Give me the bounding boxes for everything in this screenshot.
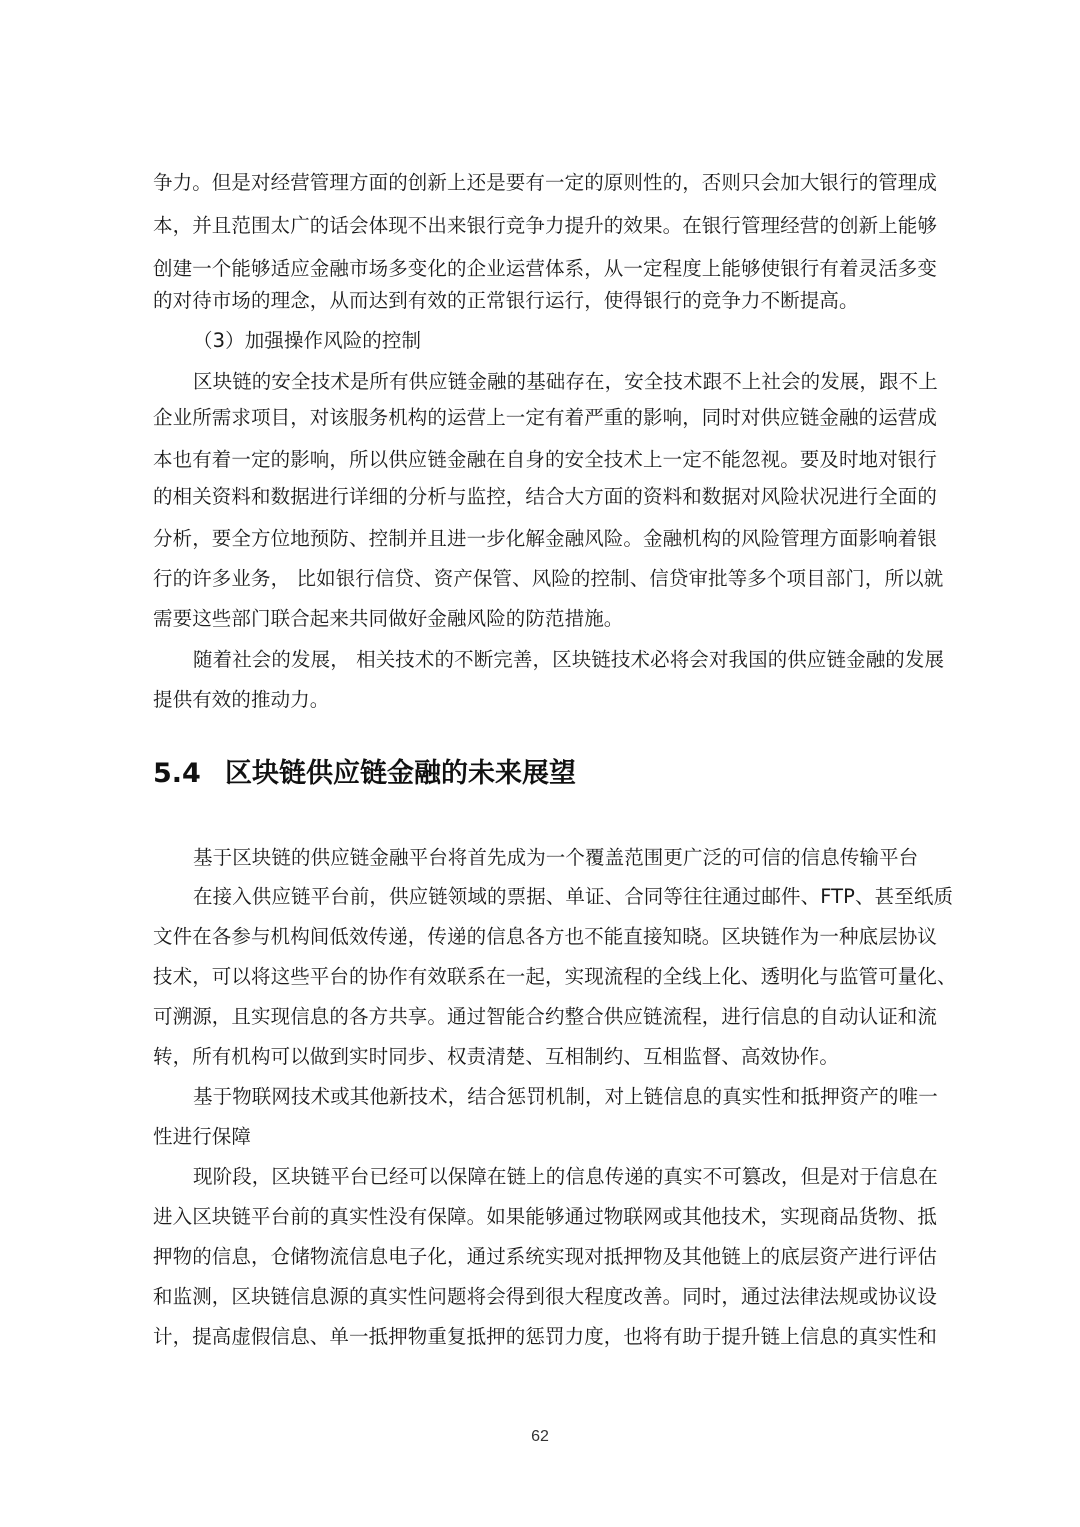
paragraph-2-line-5: 分析，要全方位地预防、控制并且进一步化解金融风险。金融机构的风险管理方面影响着银 <box>153 526 929 552</box>
paragraph-7-line-4: 和监测，区块链信息源的真实性问题将会得到很大程度改善。同时，通过法律法规或协议设 <box>153 1284 929 1310</box>
page-number: 62 <box>0 1428 1080 1446</box>
paragraph-7-line-3: 押物的信息，仓储物流信息电子化，通过系统实现对抵押物及其他链上的底层资产进行评估 <box>153 1244 929 1270</box>
paragraph-1-line-3: 创建一个能够适应金融市场多变化的企业运营体系，从一定程度上能够使银行有着灵活多变 <box>153 256 929 282</box>
section-number: 5.4 <box>153 756 225 792</box>
paragraph-3-line-1: 随着社会的发展， 相关技术的不断完善，区块链技术必将会对我国的供应链金融的发展 <box>193 647 969 673</box>
paragraph-2-line-1: 区块链的安全技术是所有供应链金融的基础存在，安全技术跟不上社会的发展，跟不上 <box>193 369 969 395</box>
paragraph-2-line-2: 企业所需求项目，对该服务机构的运营上一定有着严重的影响，同时对供应链金融的运营成 <box>153 405 929 431</box>
paragraph-2-line-4: 的相关资料和数据进行详细的分析与监控，结合大方面的资料和数据对风险状况进行全面的 <box>153 484 929 510</box>
paragraph-5-line-1: 在接入供应链平台前，供应链领域的票据、单证、合同等往往通过邮件、FTP、甚至纸质 <box>193 884 969 910</box>
paragraph-5-line-3: 技术，可以将这些平台的协作有效联系在一起，实现流程的全线上化、透明化与监管可量化… <box>153 964 929 990</box>
paragraph-2-line-6: 行的许多业务， 比如银行信贷、资产保管、风险的控制、信贷审批等多个项目部门，所以… <box>153 566 929 592</box>
paragraph-5-line-4: 可溯源，且实现信息的各方共享。通过智能合约整合供应链流程，进行信息的自动认证和流 <box>153 1004 929 1030</box>
paragraph-6-line-1: 基于物联网技术或其他新技术，结合惩罚机制，对上链信息的真实性和抵押资产的唯一 <box>193 1084 969 1110</box>
paragraph-1-line-2: 本，并且范围太广的话会体现不出来银行竞争力提升的效果。在银行管理经营的创新上能够 <box>153 213 929 239</box>
paragraph-4-line-1: 基于区块链的供应链金融平台将首先成为一个覆盖范围更广泛的可信的信息传输平台 <box>193 845 969 871</box>
paragraph-7-line-1: 现阶段，区块链平台已经可以保障在链上的信息传递的真实不可篡改，但是对于信息在 <box>193 1164 969 1190</box>
section-heading: 5.4区块链供应链金融的未来展望 <box>153 756 576 792</box>
paragraph-7-line-5: 计，提高虚假信息、单一抵押物重复抵押的惩罚力度，也将有助于提升链上信息的真实性和 <box>153 1324 929 1350</box>
document-page: 争力。但是对经营管理方面的创新上还是要有一定的原则性的，否则只会加大银行的管理成… <box>0 0 1080 1527</box>
paragraph-1-line-4: 的对待市场的理念，从而达到有效的正常银行运行，使得银行的竞争力不断提高。 <box>153 288 929 314</box>
paragraph-3-line-2: 提供有效的推动力。 <box>153 687 929 713</box>
section-title: 区块链供应链金融的未来展望 <box>225 758 576 789</box>
paragraph-2-line-7: 需要这些部门联合起来共同做好金融风险的防范措施。 <box>153 606 929 632</box>
subheading-operational-risk: （3）加强操作风险的控制 <box>193 328 969 354</box>
paragraph-1-line-1: 争力。但是对经营管理方面的创新上还是要有一定的原则性的，否则只会加大银行的管理成 <box>153 170 929 196</box>
paragraph-5-line-2: 文件在各参与机构间低效传递，传递的信息各方也不能直接知晓。区块链作为一种底层协议 <box>153 924 929 950</box>
paragraph-5-line-5: 转，所有机构可以做到实时同步、权责清楚、互相制约、互相监督、高效协作。 <box>153 1044 929 1070</box>
paragraph-7-line-2: 进入区块链平台前的真实性没有保障。如果能够通过物联网或其他技术，实现商品货物、抵 <box>153 1204 929 1230</box>
paragraph-2-line-3: 本也有着一定的影响，所以供应链金融在自身的安全技术上一定不能忽视。要及时地对银行 <box>153 447 929 473</box>
paragraph-6-line-2: 性进行保障 <box>153 1124 929 1150</box>
